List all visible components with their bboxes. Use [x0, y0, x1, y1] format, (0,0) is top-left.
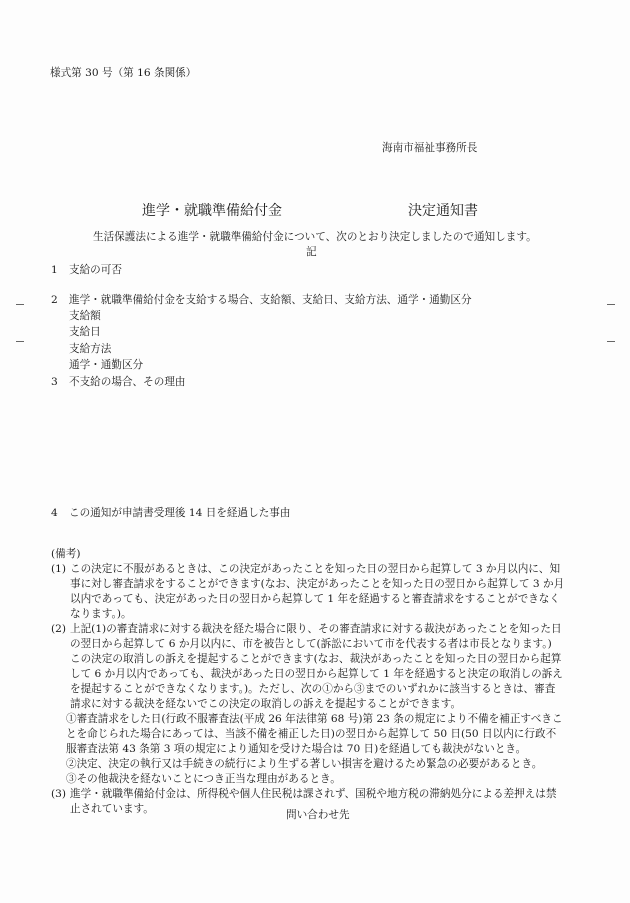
issuer: 海南市福祉事務所長 — [382, 141, 477, 155]
form-number: 様式第 30 号（第 16 条関係） — [50, 66, 196, 80]
note-3-line: 止されています。 — [70, 802, 154, 816]
note-2-sub: ③その他裁決を経ないことにつき正当な理由があるとき。 — [66, 772, 341, 786]
item-1: 1支給の可否 — [51, 263, 122, 277]
ki-mark: 記 — [306, 245, 317, 259]
note-1-line: 事に対し審査請求をすることができます(なお、決定があったことを知った日の翌日から… — [70, 577, 564, 591]
margin-mark-left-top — [16, 304, 24, 305]
note-3-line: 進学・就職準備給付金は、所得税や個人住民税は課されず、国税や地方税の滞納処分によ… — [70, 787, 556, 801]
note-2-sub: とを命じられた場合にあっては、当該不備を補正した日)の翌日から起算して 50 日… — [66, 727, 556, 741]
note-2-num: (2) — [51, 622, 66, 636]
contact-heading: 問い合わせ先 — [286, 808, 350, 822]
item-2-sub-category: 通学・通勤区分 — [69, 358, 143, 372]
note-2-line: この決定の取消しの訴えを提起することができます(なお、裁決があったことを知った日… — [70, 652, 561, 666]
item-3: 3不支給の場合、その理由 — [51, 375, 186, 389]
note-2-sub: ①審査請求をした日(行政不服審査法(平成 26 年法律第 68 号)第 23 条… — [66, 712, 563, 726]
title-right: 決定通知書 — [408, 202, 478, 220]
note-2-sub: 服審査法第 43 条第 3 項の規定により通知を受けた場合は 70 日)を経過し… — [66, 742, 526, 756]
item-2-sub-amount: 支給額 — [69, 309, 101, 323]
note-2-line: の翌日から起算して 6 か月以内に、市を被告として(訴訟において市を代表する者は… — [70, 637, 552, 651]
note-2-sub: ②決定、決定の執行又は手続きの続行により生ずる著しい損害を避けるため緊急の必要が… — [66, 757, 542, 771]
title-left: 進学・就職準備給付金 — [142, 202, 282, 220]
note-2-line: を提起することができなくなります。)。ただし、次の①から③までのいずれかに該当す… — [70, 682, 555, 696]
note-1-line: なります。)。 — [70, 607, 132, 621]
note-3-num: (3) — [51, 787, 66, 801]
note-1-line: 以内であっても、決定があった日の翌日から起算して 1 年を経過すると審査請求をす… — [70, 592, 560, 606]
item-4: 4この通知が申請書受理後 14 日を経過した事由 — [51, 506, 291, 520]
note-2-line: 上記(1)の審査請求に対する裁決を経た場合に限り、その審査請求に対する裁決があっ… — [70, 622, 562, 636]
margin-mark-right-bottom — [607, 341, 615, 342]
item-2-sub-method: 支給方法 — [69, 342, 111, 356]
item-2-sub-date: 支給日 — [69, 325, 101, 339]
note-1-line: この決定に不服があるときは、この決定があったことを知った日の翌日から起算して 3… — [70, 562, 560, 576]
note-2-line: して 6 か月以内であっても、裁決があった日の翌日から起算して 1 年を経過する… — [70, 667, 563, 681]
note-1-num: (1) — [51, 562, 66, 576]
notes-heading: (備考) — [51, 547, 80, 561]
margin-mark-right-top — [607, 304, 615, 305]
note-2-line: 請求に対する裁決を経ないでこの決定の取消しの訴えを提起することができます。 — [70, 697, 461, 711]
margin-mark-left-bottom — [16, 341, 24, 342]
item-2: 2進学・就職準備給付金を支給する場合、支給額、支給日、支給方法、通学・通勤区分 — [51, 293, 472, 307]
intro-text: 生活保護法による進学・就職準備給付金について、次のとおり決定しましたので通知しま… — [93, 230, 537, 244]
